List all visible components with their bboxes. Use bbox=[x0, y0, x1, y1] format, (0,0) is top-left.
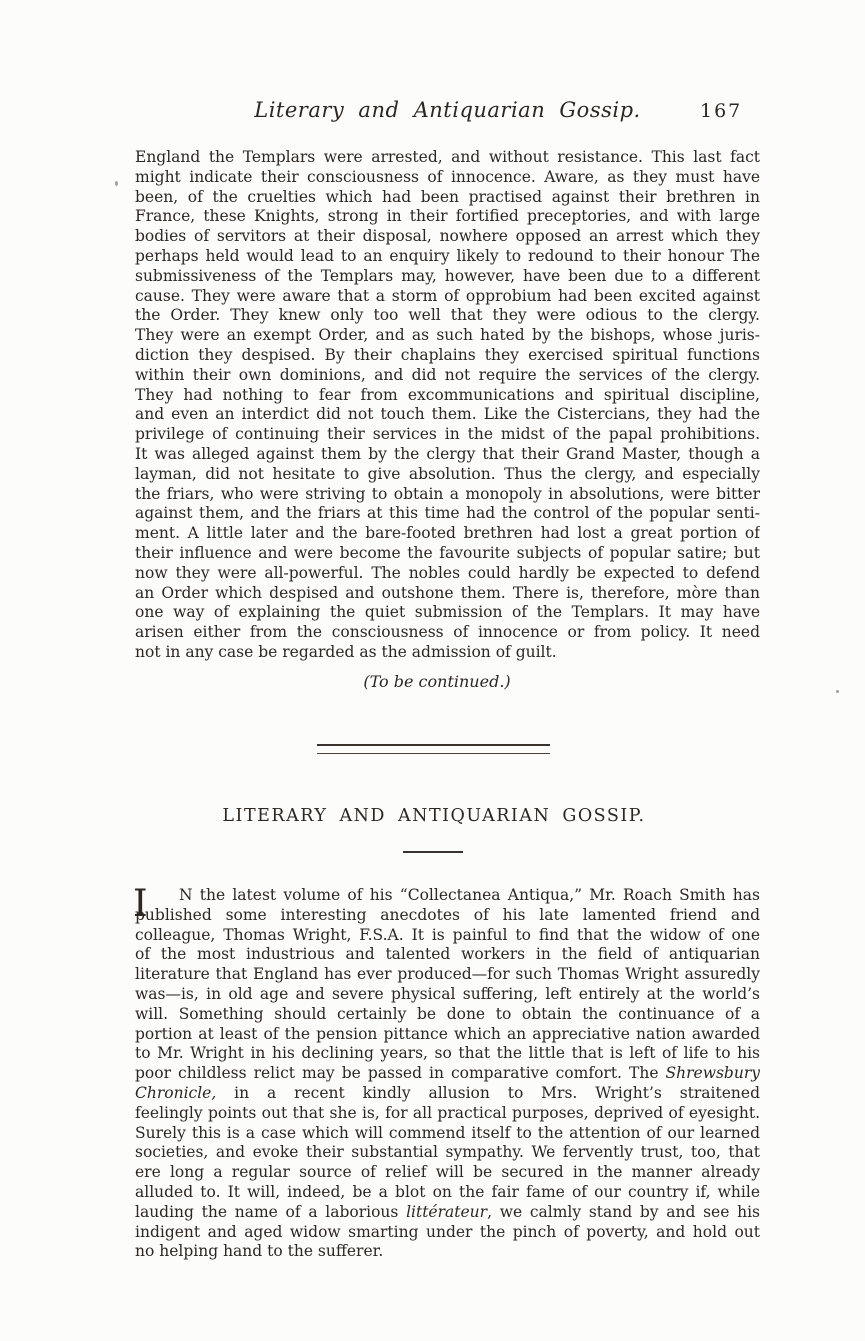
text-line: poor childless relict may be passed in c… bbox=[135, 1064, 760, 1084]
text-line: They had nothing to fear from excommunic… bbox=[135, 386, 760, 406]
text-line: might indicate their consciousness of in… bbox=[135, 168, 760, 188]
text-line: indigent and aged widow smarting under t… bbox=[135, 1223, 760, 1243]
text-line: ere long a regular source of relief will… bbox=[135, 1163, 760, 1183]
text-line: Chronicle, in a recent kindly allusion t… bbox=[135, 1084, 760, 1104]
text-line: portion at least of the pension pittance… bbox=[135, 1025, 760, 1045]
templar-article-paragraph: England the Templars were arrested, and … bbox=[135, 148, 760, 663]
text-line: their influence and were become the favo… bbox=[135, 544, 760, 564]
text-line: It was alleged against them by the clerg… bbox=[135, 445, 760, 465]
text-line: arisen either from the consciousness of … bbox=[135, 623, 760, 643]
continuation-note: (To be continued.) bbox=[125, 672, 749, 691]
scanned-book-page: Literary and Antiquarian Gossip. 167 Eng… bbox=[0, 0, 865, 1341]
text-line: Surely this is a case which will commend… bbox=[135, 1124, 760, 1144]
text-line: diction they despised. By their chaplain… bbox=[135, 346, 760, 366]
text-line: an Order which despised and outshone the… bbox=[135, 584, 760, 604]
drop-cap-initial: I bbox=[133, 885, 148, 922]
text-line: societies, and evoke their substantial s… bbox=[135, 1143, 760, 1163]
text-line: France, these Knights, strong in their f… bbox=[135, 207, 760, 227]
running-header-title: Literary and Antiquarian Gossip. bbox=[135, 98, 760, 122]
text-line: within their own dominions, and did not … bbox=[135, 366, 760, 386]
text-line: cause. They were aware that a storm of o… bbox=[135, 287, 760, 307]
section-heading: LITERARY AND ANTIQUARIAN GOSSIP. bbox=[122, 806, 746, 826]
section-divider-double-rule bbox=[317, 744, 550, 754]
text-line: They were an exempt Order, and as such h… bbox=[135, 326, 760, 346]
text-line: privilege of continuing their services i… bbox=[135, 425, 760, 445]
gossip-section-paragraph: I N the latest volume of his “Collectane… bbox=[135, 886, 760, 1262]
text-line: the Order. They knew only too well that … bbox=[135, 306, 760, 326]
text-line: literature that England has ever produce… bbox=[135, 965, 760, 985]
text-line: submissiveness of the Templars may, howe… bbox=[135, 267, 760, 287]
text-line: layman, did not hesitate to give absolut… bbox=[135, 465, 760, 485]
text-line: N the latest volume of his “Collectanea … bbox=[135, 886, 760, 906]
heading-underline-rule bbox=[403, 851, 463, 853]
text-line: to Mr. Wright in his declining years, so… bbox=[135, 1044, 760, 1064]
page-number: 167 bbox=[700, 100, 760, 122]
text-line: now they were all-powerful. The nobles c… bbox=[135, 564, 760, 584]
text-line: against them, and the friars at this tim… bbox=[135, 504, 760, 524]
text-line: alluded to. It will, indeed, be a blot o… bbox=[135, 1183, 760, 1203]
text-line: perhaps held would lead to an enquiry li… bbox=[135, 247, 760, 267]
text-line: lauding the name of a laborious littérat… bbox=[135, 1203, 760, 1223]
scan-artifact bbox=[115, 181, 118, 186]
text-line: published some interesting anecdotes of … bbox=[135, 906, 760, 926]
text-line: of the most industrious and talented wor… bbox=[135, 945, 760, 965]
text-line: been, of the cruelties which had been pr… bbox=[135, 188, 760, 208]
text-line: bodies of servitors at their disposal, n… bbox=[135, 227, 760, 247]
text-line: ment. A little later and the bare-footed… bbox=[135, 524, 760, 544]
text-line: no helping hand to the sufferer. bbox=[135, 1242, 760, 1262]
text-line: not in any case be regarded as the admis… bbox=[135, 643, 760, 663]
text-line: will. Something should certainly be done… bbox=[135, 1005, 760, 1025]
text-line: feelingly points out that she is, for al… bbox=[135, 1104, 760, 1124]
text-line: was—is, in old age and severe physical s… bbox=[135, 985, 760, 1005]
text-line: England the Templars were arrested, and … bbox=[135, 148, 760, 168]
text-line: the friars, who were striving to obtain … bbox=[135, 485, 760, 505]
text-line: colleague, Thomas Wright, F.S.A. It is p… bbox=[135, 926, 760, 946]
text-line: and even an interdict did not touch them… bbox=[135, 405, 760, 425]
scan-artifact bbox=[836, 690, 839, 693]
text-line: one way of explaining the quiet submissi… bbox=[135, 603, 760, 623]
